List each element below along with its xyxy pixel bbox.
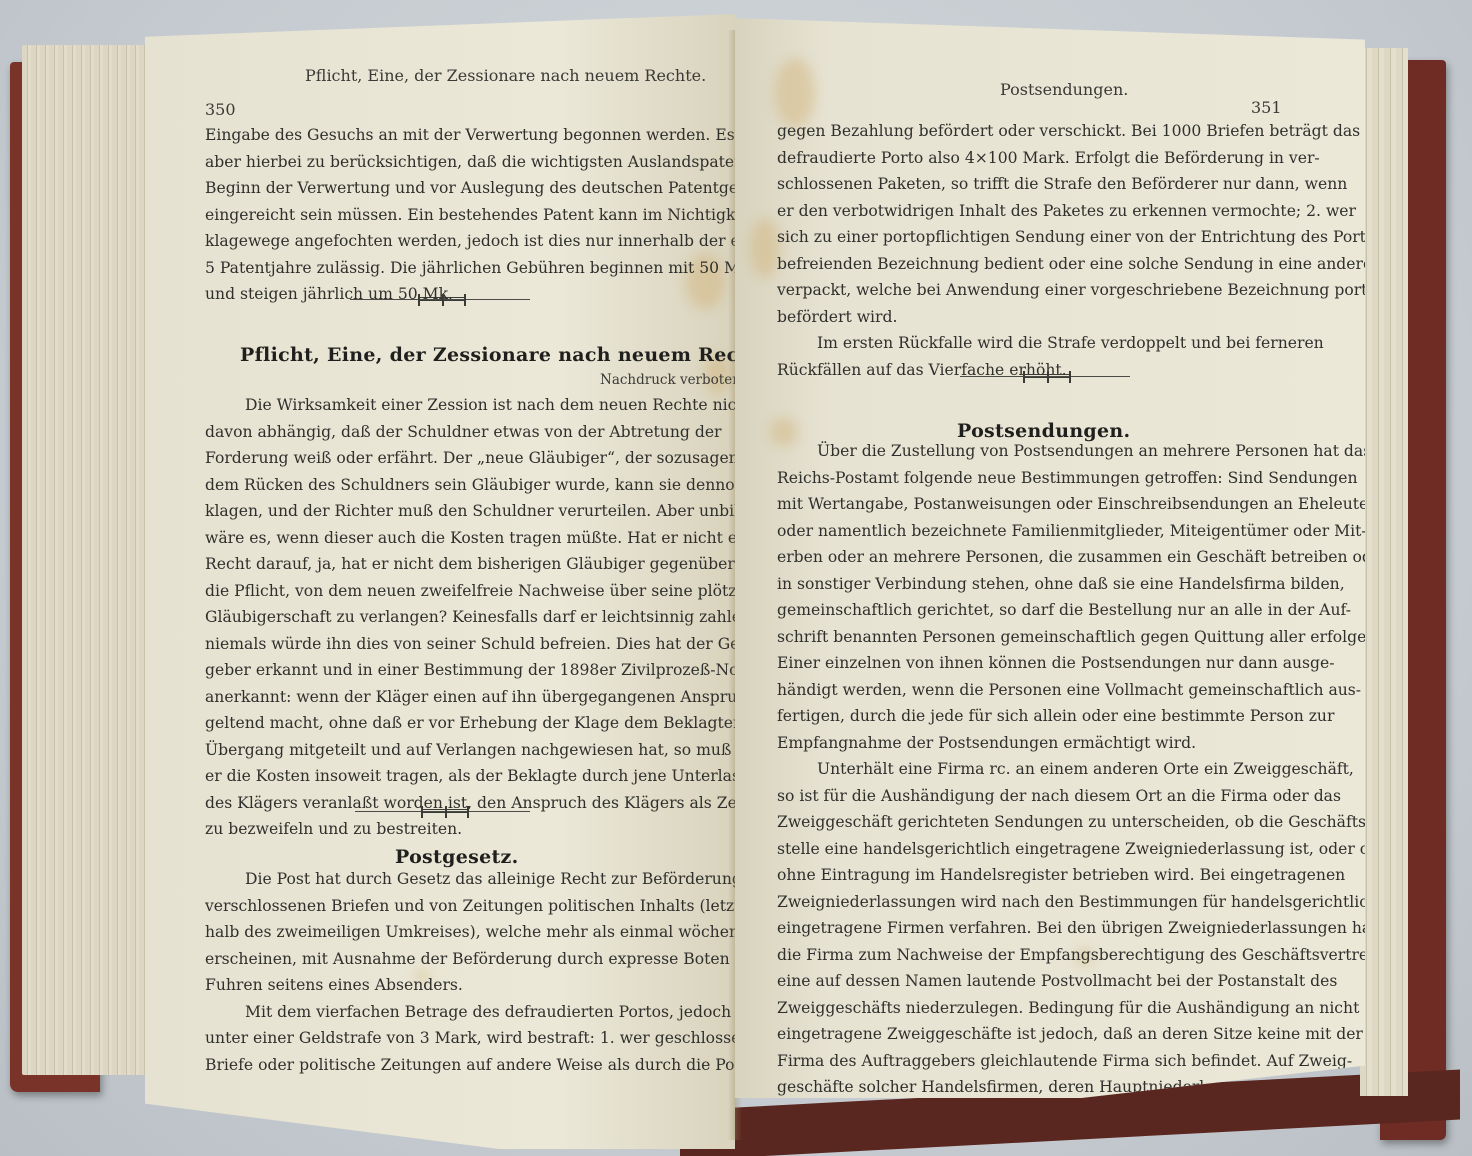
text-line: niemals würde ihn dies von seiner Schuld… — [205, 631, 705, 658]
text-line: Zweigniederlassungen wird nach den Besti… — [777, 889, 1292, 916]
text-line: so ist für die Aushändigung der nach die… — [777, 783, 1292, 810]
text-line: 5 Patentjahre zulässig. Die jährlichen G… — [205, 255, 705, 282]
text-line: stelle eine handelsgerichtlich eingetrag… — [777, 836, 1292, 863]
text-line: Eingabe des Gesuchs an mit der Verwertun… — [205, 122, 705, 149]
text-line: händigt werden, wenn die Personen eine V… — [777, 677, 1292, 704]
text-line: Forderung weiß oder erfährt. Der „neue G… — [205, 445, 705, 472]
continuation-paragraph: Eingabe des Gesuchs an mit der Verwertun… — [205, 122, 705, 308]
left-page: Pflicht, Eine, der Zessionare nach neuem… — [145, 14, 735, 1149]
text-line: Die Wirksamkeit einer Zession ist nach d… — [205, 392, 705, 419]
paragraph: Die Wirksamkeit einer Zession ist nach d… — [205, 392, 705, 843]
text-line: gemeinschaftlich gerichtet, so darf die … — [777, 597, 1292, 624]
text-line: schrift benannten Personen gemeinschaftl… — [777, 624, 1292, 651]
text-line: geltend macht, ohne daß er vor Erhebung … — [205, 710, 705, 737]
text-line: befreienden Bezeichnung bedient oder ein… — [777, 251, 1292, 278]
text-line: erben oder an mehrere Personen, die zusa… — [777, 544, 1292, 571]
section-divider-ornament — [960, 371, 1130, 383]
text-line: verpackt, welche bei Anwendung einer vor… — [777, 277, 1292, 304]
copyright-note: Nachdruck verboten. — [600, 372, 745, 388]
text-line: sich zu einer portopflichtigen Sendung e… — [777, 224, 1292, 251]
text-line: zu bezweifeln und zu bestreiten. — [205, 816, 705, 843]
section-heading: Pflicht, Eine, der Zessionare nach neuem… — [240, 344, 781, 366]
text-line: schlossenen Paketen, so trifft die Straf… — [777, 171, 1292, 198]
text-line: Fuhren seitens eines Absenders. — [205, 972, 710, 999]
text-line: Die Post hat durch Gesetz das alleinige … — [205, 866, 710, 893]
section-divider-ornament — [350, 294, 530, 306]
text-line: halb des zweimeiligen Umkreises), welche… — [205, 919, 710, 946]
text-line: mit Wertangabe, Postanweisungen oder Ein… — [777, 491, 1292, 518]
text-line: Unterhält eine Firma rc. an einem andere… — [777, 756, 1292, 783]
foxing-stain — [750, 218, 780, 278]
running-head: Postsendungen. — [1000, 80, 1128, 99]
text-line: Mit dem vierfachen Betrage des defraudie… — [205, 999, 710, 1026]
text-line: Übergang mitgeteilt und auf Verlangen na… — [205, 737, 705, 764]
text-line: fertigen, durch die jede für sich allein… — [777, 703, 1292, 730]
text-line: die Firma zum Nachweise der Empfangsbere… — [777, 942, 1292, 969]
section-divider-ornament — [355, 806, 530, 818]
text-line: eingereicht sein müssen. Ein bestehendes… — [205, 202, 705, 229]
right-page: Postsendungen. 351 gegen Bezahlung beför… — [735, 18, 1365, 1098]
text-line: Im ersten Rückfalle wird die Strafe verd… — [777, 330, 1292, 357]
page-stack-right — [1360, 48, 1408, 1096]
text-line: davon abhängig, daß der Schuldner etwas … — [205, 419, 705, 446]
text-line: Recht darauf, ja, hat er nicht dem bishe… — [205, 551, 705, 578]
text-line: gegen Bezahlung befördert oder verschick… — [777, 118, 1292, 145]
text-line: dem Rücken des Schuldners sein Gläubiger… — [205, 472, 705, 499]
text-line: ohne Eintragung im Handelsregister betri… — [777, 862, 1292, 889]
text-line: wäre es, wenn dieser auch die Kosten tra… — [205, 525, 705, 552]
text-line: verschlossenen Briefen und von Zeitungen… — [205, 893, 710, 920]
text-line: Zweiggeschäft gerichteten Sendungen zu u… — [777, 809, 1292, 836]
text-line: in sonstiger Verbindung stehen, ohne daß… — [777, 571, 1292, 598]
text-line: Empfangnahme der Postsendungen ermächtig… — [777, 730, 1292, 757]
page-number: 351 — [1251, 98, 1282, 117]
text-line: Zweiggeschäfts niederzulegen. Bedingung … — [777, 995, 1292, 1022]
text-line: anerkannt: wenn der Kläger einen auf ihn… — [205, 684, 705, 711]
text-line: Über die Zustellung von Postsendungen an… — [777, 438, 1292, 465]
text-line: defraudierte Porto also 4×100 Mark. Erfo… — [777, 145, 1292, 172]
page-number: 350 — [205, 100, 236, 119]
text-line: unter einer Geldstrafe von 3 Mark, wird … — [205, 1025, 710, 1052]
text-line: er den verbotwidrigen Inhalt des Paketes… — [777, 198, 1292, 225]
text-line: eingetragene Firmen verfahren. Bei den ü… — [777, 915, 1292, 942]
text-line: er die Kosten insoweit tragen, als der B… — [205, 763, 705, 790]
running-head: Pflicht, Eine, der Zessionare nach neuem… — [305, 66, 706, 85]
continuation-paragraph: gegen Bezahlung befördert oder verschick… — [777, 118, 1292, 383]
text-line: oder namentlich bezeichnete Familienmitg… — [777, 518, 1292, 545]
text-line: aber hierbei zu berücksichtigen, daß die… — [205, 149, 705, 176]
section-heading: Postgesetz. — [395, 846, 519, 868]
text-line: eine auf dessen Namen lautende Postvollm… — [777, 968, 1292, 995]
text-line: geber erkannt und in einer Bestimmung de… — [205, 657, 705, 684]
text-line: klagewege angefochten werden, jedoch ist… — [205, 228, 705, 255]
text-line: Firma des Auftraggebers gleichlautende F… — [777, 1048, 1292, 1075]
text-line: Beginn der Verwertung und vor Auslegung … — [205, 175, 705, 202]
text-line: Reichs-Postamt folgende neue Bestimmunge… — [777, 465, 1292, 492]
text-line: Briefe oder politische Zeitungen auf and… — [205, 1052, 710, 1079]
text-line: befördert wird. — [777, 304, 1292, 331]
page-stack-left — [22, 45, 152, 1075]
text-line: die Pflicht, von dem neuen zweifelfreie … — [205, 578, 705, 605]
paragraph: Über die Zustellung von Postsendungen an… — [777, 438, 1292, 1127]
text-line: erscheinen, mit Ausnahme der Beförderung… — [205, 946, 710, 973]
text-line: Gläubigerschaft zu verlangen? Keinesfall… — [205, 604, 705, 631]
text-line: Einer einzelnen von ihnen können die Pos… — [777, 650, 1292, 677]
paragraph: Die Post hat durch Gesetz das alleinige … — [205, 866, 710, 1078]
text-line: klagen, und der Richter muß den Schuldne… — [205, 498, 705, 525]
text-line: eingetragene Zweiggeschäfte ist jedoch, … — [777, 1021, 1292, 1048]
